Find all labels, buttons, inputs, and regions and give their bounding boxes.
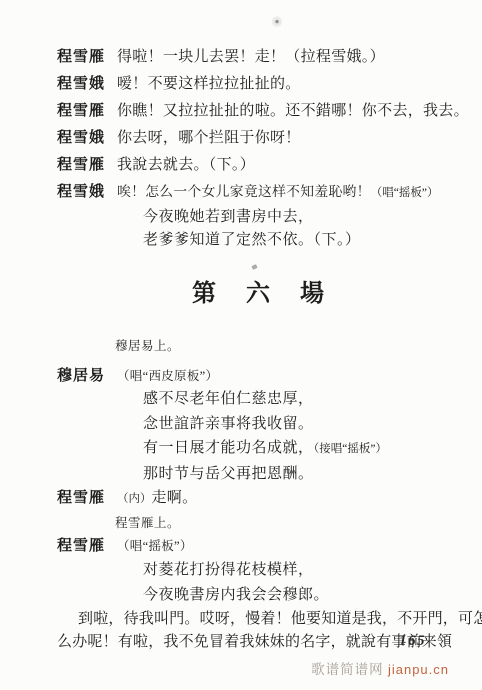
dialogue-row: 程雪雁 （内）走啊。	[57, 486, 462, 511]
speaker-label: 程雪娥	[57, 125, 117, 152]
dialogue-row: 程雪雁 我說去就去。（下。）	[57, 152, 462, 179]
lyric-line: 今夜晚她若到書房中去，	[143, 206, 462, 229]
page-number: 165	[399, 633, 426, 650]
stage-direction-inline: （接唱“摇板”）	[314, 443, 387, 455]
dialogue-row: 程雪雁 你瞧！又拉拉扯扯的啦。还不錯哪！你不去，我去。	[57, 98, 462, 125]
watermark-site-url: jianpu.cn	[388, 662, 449, 677]
singing-direction: （唱“摇板”）	[117, 534, 193, 558]
dialogue-text-main: 走啊。	[152, 490, 198, 506]
lyric-line: 感不尽老年伯仁慈忠厚，	[143, 387, 462, 412]
speaker-label: 程雪雁	[57, 44, 117, 71]
speaker-label: 程雪娥	[57, 179, 117, 206]
dialogue-text: （内）走啊。	[117, 486, 197, 511]
scene-heading: 第 六 場	[57, 279, 462, 309]
dialogue-text: 唉！怎么一个女儿家竟这样不知羞恥哟！（唱“摇板”）	[117, 179, 438, 206]
dialogue-text-main: 唉！怎么一个女儿家竟这样不知羞恥哟！	[117, 184, 371, 199]
speech-line: 到啦，待我叫門。哎呀，慢着！他要知道是我，不开門，可怎	[57, 608, 462, 631]
lyric-line: 今夜晚書房内我会会穆郎。	[143, 583, 462, 608]
stage-direction-inline: （内）	[117, 493, 152, 505]
lyric-line: 那时节与岳父再把恩酬。	[143, 462, 462, 487]
dialogue-row: 程雪娥 你去呀，哪个拦阻于你呀！	[57, 125, 462, 152]
dialogue-text: 嗳！不要这样拉拉扯扯的。	[117, 71, 301, 98]
dialogue-text: 我說去就去。（下。）	[117, 152, 255, 179]
watermark-site-name: 歌谱简谱网	[311, 662, 384, 677]
speaker-label: 程雪娥	[57, 71, 117, 98]
speaker-label: 程雪雁	[57, 534, 117, 558]
stage-direction: 程雪雁上。	[115, 516, 462, 531]
lyric-line: 念世誼許亲事将我收留。	[143, 412, 462, 437]
dialogue-row: 程雪娥 嗳！不要这样拉拉扯扯的。	[57, 71, 462, 98]
speaker-label: 穆居易	[57, 365, 117, 387]
watermark: 歌谱简谱网 jianpu.cn	[311, 658, 449, 678]
speaker-label: 程雪雁	[57, 486, 117, 511]
singing-direction: （唱“西皮原板”）	[117, 365, 218, 387]
dialogue-row: 程雪娥 唉！怎么一个女儿家竟这样不知羞恥哟！（唱“摇板”）	[57, 179, 462, 206]
print-speck	[272, 12, 282, 28]
stage-direction-inline: （唱“摇板”）	[371, 187, 439, 199]
dialogue-row: 穆居易 （唱“西皮原板”）	[57, 365, 462, 387]
opera-script-page: 程雪雁 得啦！一块儿去罢！走！（拉程雪娥。） 程雪娥 嗳！不要这样拉拉扯扯的。 …	[0, 0, 482, 690]
stage-direction: 穆居易上。	[115, 339, 462, 354]
dialogue-row: 程雪雁 得啦！一块儿去罢！走！（拉程雪娥。）	[57, 44, 462, 71]
lyric-line: 有一日展才能功名成就，（接唱“摇板”）	[143, 436, 462, 462]
dialogue-text: 你去呀，哪个拦阻于你呀！	[117, 125, 301, 152]
page-content: 程雪雁 得啦！一块儿去罢！走！（拉程雪娥。） 程雪娥 嗳！不要这样拉拉扯扯的。 …	[57, 44, 462, 653]
lyric-text: 有一日展才能功名成就，	[143, 440, 314, 456]
speaker-label: 程雪雁	[57, 98, 117, 125]
speaker-label: 程雪雁	[57, 152, 117, 179]
lyric-line: 对菱花打扮得花枝模样，	[143, 558, 462, 583]
dialogue-row: 程雪雁 （唱“摇板”）	[57, 534, 462, 558]
lyric-line: 老爹爹知道了定然不依。（下。）	[143, 229, 462, 252]
dialogue-text: 你瞧！又拉拉扯扯的啦。还不錯哪！你不去，我去。	[117, 98, 469, 125]
dialogue-text: 得啦！一块儿去罢！走！（拉程雪娥。）	[117, 44, 385, 71]
